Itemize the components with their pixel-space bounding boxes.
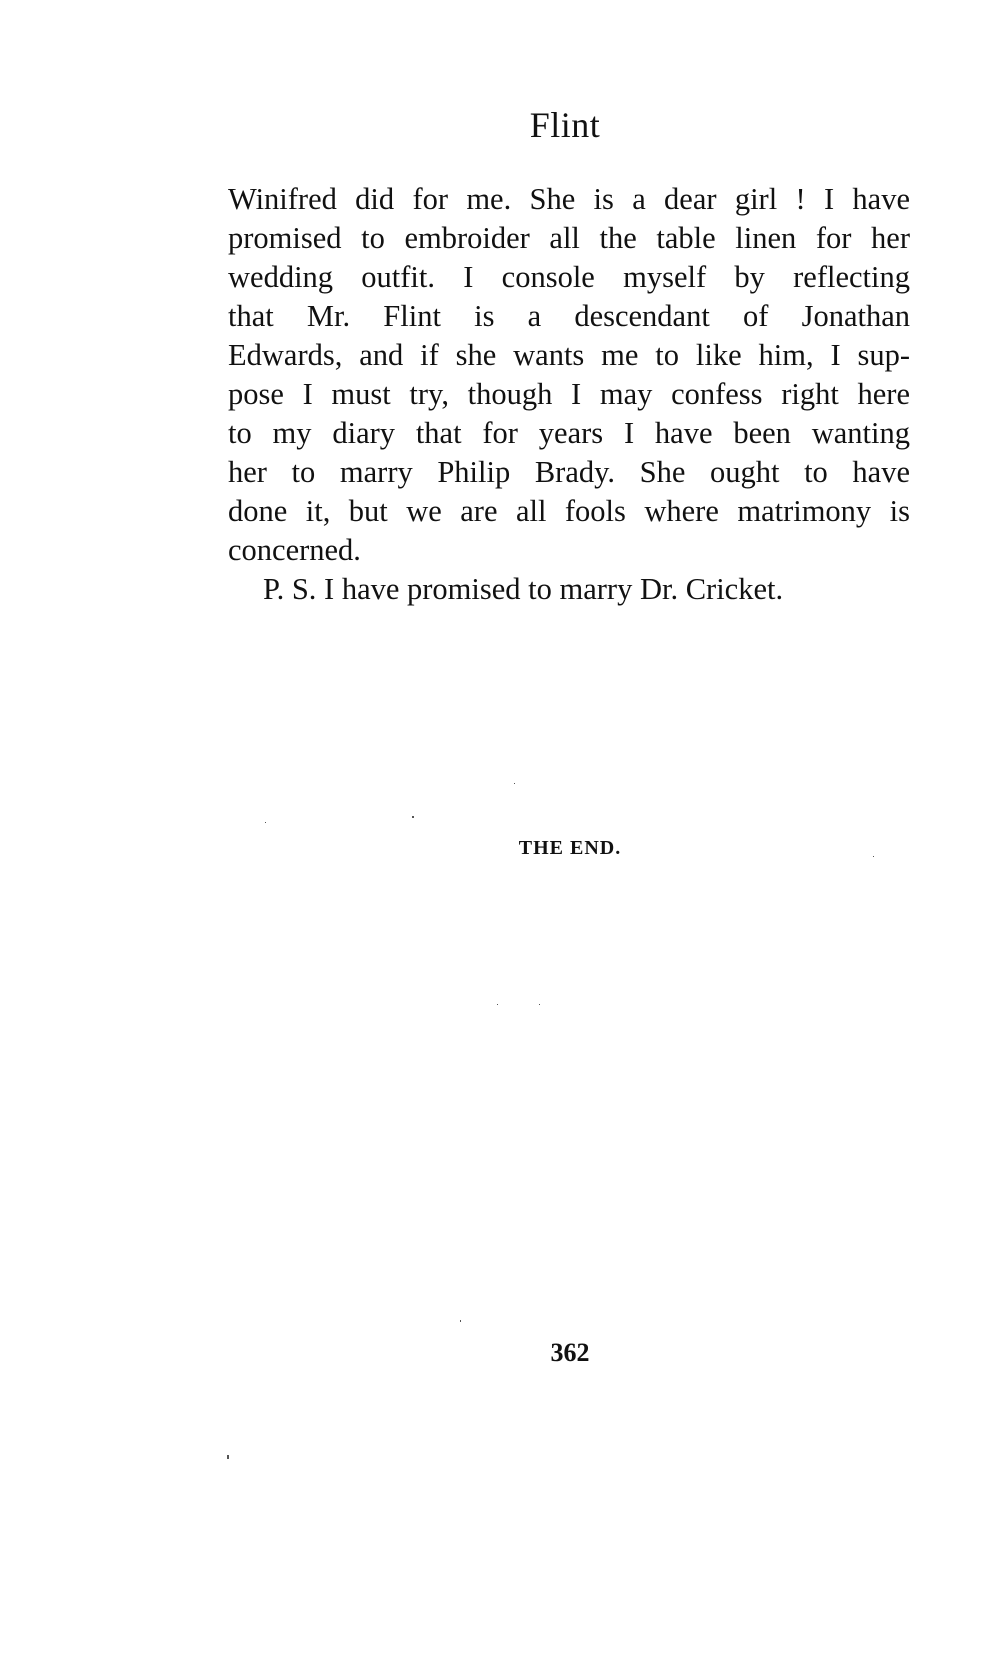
scan-speck (227, 1455, 229, 1459)
the-end-heading: THE END. (0, 837, 1000, 860)
scan-speck (497, 1004, 498, 1005)
body-line: concerned. (228, 531, 910, 570)
body-line: Winifred did for me. She is a dear girl … (228, 180, 910, 219)
body-line: her to marry Philip Brady. She ought to … (228, 453, 910, 492)
scan-speck (873, 856, 874, 857)
body-line: wedding outfit. I console myself by refl… (228, 258, 910, 297)
body-line: Edwards, and if she wants me to like him… (228, 336, 910, 375)
body-line: that Mr. Flint is a descendant of Jonath… (228, 297, 910, 336)
body-line: promised to embroider all the table line… (228, 219, 910, 258)
body-text: Winifred did for me. She is a dear girl … (228, 180, 910, 609)
scan-speck (460, 1320, 461, 1322)
scan-speck (412, 816, 414, 818)
scan-speck (265, 822, 266, 823)
body-line: done it, but we are all fools where matr… (228, 492, 910, 531)
page-number: 362 (0, 1338, 1000, 1368)
postscript: P. S. I have promised to marry Dr. Crick… (228, 570, 910, 609)
scan-speck (514, 783, 515, 784)
body-line: pose I must try, though I may confess ri… (228, 375, 910, 414)
scan-speck (539, 1004, 540, 1005)
running-head: Flint (0, 104, 1000, 146)
body-line: to my diary that for years I have been w… (228, 414, 910, 453)
